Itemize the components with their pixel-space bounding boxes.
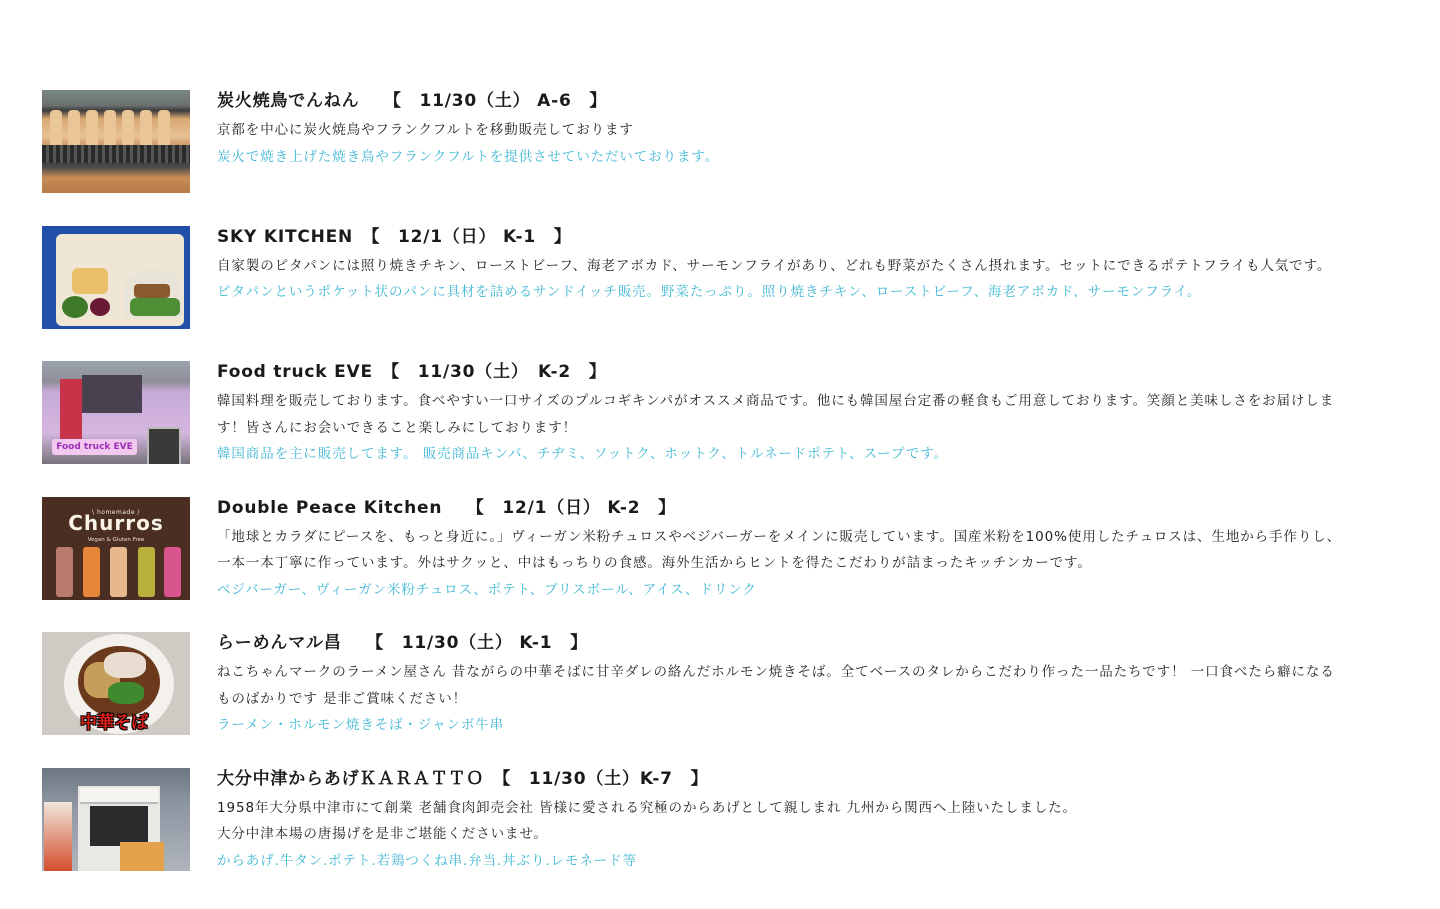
vendor-item: 大分中津からあげＫＡＲＡＴＴＯ 【 11/30（土）K-7 】 1958年大分県… (42, 768, 1382, 904)
meat-shape (134, 284, 170, 298)
image-heading: Churros (42, 511, 190, 535)
vendor-title: らーめんマル昌 【 11/30（土） K-1 】 (217, 632, 1342, 654)
skewer-shape (68, 110, 80, 148)
truck-banner (60, 379, 82, 439)
scallion-shape (108, 682, 144, 704)
image-subtext: Vegan & Gluten Free (42, 537, 190, 543)
vendor-menu: 韓国商品を主に販売してます。 販売商品キンパ、チヂミ、ソットク、ホットク、トルネ… (217, 441, 1342, 468)
shop-door (90, 806, 148, 846)
vendor-title: Food truck EVE 【 11/30（土） K-2 】 (217, 361, 1342, 383)
vegetable-shape (130, 298, 180, 316)
vendor-image: \ homemade / Churros Vegan & Gluten Free (42, 497, 190, 600)
beet-shape (90, 298, 110, 316)
vendor-info: Double Peace Kitchen 【 12/1（日） K-2 】 「地球… (217, 497, 1342, 604)
vendor-title: 大分中津からあげＫＡＲＡＴＴＯ 【 11/30（土）K-7 】 (217, 768, 1342, 790)
vendor-description: ねこちゃんマークのラーメン屋さん 昔ながらの中華そばに甘辛ダレの絡んだホルモン焼… (217, 659, 1342, 712)
image-label: Food truck EVE (52, 439, 137, 455)
vendor-title: SKY KITCHEN 【 12/1（日） K-1 】 (217, 226, 1342, 248)
vendor-description: 韓国料理を販売しております。食べやすい一口サイズのプルコギキンパがオススメ商品で… (217, 388, 1342, 441)
vendor-description-line: 大分中津本場の唐揚げを是非ご堪能くださいませ。 (217, 821, 1342, 848)
broccoli-shape (62, 296, 88, 318)
vendor-info: 大分中津からあげＫＡＲＡＴＴＯ 【 11/30（土）K-7 】 1958年大分県… (217, 768, 1342, 875)
skewer-shape (158, 110, 170, 148)
churro-shape (164, 547, 181, 597)
vendor-image: Food truck EVE (42, 361, 190, 464)
banner-flag (44, 802, 72, 871)
skewer-shape (104, 110, 116, 148)
vendor-item: 炭火焼鳥でんねん 【 11/30（土） A-6 】 京都を中心に炭火焼鳥やフラン… (42, 90, 1382, 226)
shop-sign (80, 788, 158, 804)
vendor-info: Food truck EVE 【 11/30（土） K-2 】 韓国料理を販売し… (217, 361, 1342, 468)
vendor-item: \ homemade / Churros Vegan & Gluten Free… (42, 497, 1382, 633)
truck-window (82, 375, 142, 413)
menu-board (120, 842, 164, 871)
vendor-item: SKY KITCHEN 【 12/1（日） K-1 】 自家製のピタパンには照り… (42, 226, 1382, 362)
vendor-menu: ピタパンというポケット状のパンに具材を詰めるサンドイッチ販売。野菜たっぷり。照り… (217, 279, 1342, 306)
skewer-shape (86, 110, 98, 148)
vendor-image (42, 768, 190, 871)
fries-shape (72, 268, 108, 294)
vendor-description: 自家製のピタパンには照り焼きチキン、ローストビーフ、海老アボカド、サーモンフライ… (217, 253, 1342, 280)
vendor-list: 炭火焼鳥でんねん 【 11/30（土） A-6 】 京都を中心に炭火焼鳥やフラン… (42, 90, 1382, 903)
vendor-info: SKY KITCHEN 【 12/1（日） K-1 】 自家製のピタパンには照り… (217, 226, 1342, 306)
skewer-shape (122, 110, 134, 148)
vendor-menu: 炭火で焼き上げた焼き鳥やフランクフルトを提供させていただいております。 (217, 144, 1342, 171)
pork-shape (104, 652, 146, 678)
grill-grate (42, 145, 190, 163)
churro-shape (56, 547, 73, 597)
vendor-image (42, 226, 190, 329)
sign-board (147, 427, 181, 464)
vendor-menu: ラーメン・ホルモン焼きそば・ジャンボ牛串 (217, 712, 1342, 739)
vendor-image (42, 90, 190, 193)
skewer-shape (140, 110, 152, 148)
vendor-description-line: 1958年大分県中津市にて創業 老舗食肉卸売会社 皆様に愛される究極のからあげと… (217, 795, 1342, 822)
vendor-title: 炭火焼鳥でんねん 【 11/30（土） A-6 】 (217, 90, 1342, 112)
vendor-image: 中華そば (42, 632, 190, 735)
vendor-description: 「地球とカラダにピースを、もっと身近に。」ヴィーガン米粉チュロスやベジバーガーを… (217, 524, 1342, 577)
churro-shape (110, 547, 127, 597)
vendor-description: 京都を中心に炭火焼鳥やフランクフルトを移動販売しております (217, 117, 1342, 144)
image-caption: 中華そば (80, 708, 148, 733)
vendor-menu: ベジバーガー、ヴィーガン米粉チュロス、ポテト、ブリスボール、アイス、ドリンク (217, 577, 1342, 604)
churro-shape (83, 547, 100, 597)
vendor-item: 中華そば らーめんマル昌 【 11/30（土） K-1 】 ねこちゃんマークのラ… (42, 632, 1382, 768)
skewer-shape (50, 110, 62, 148)
vendor-item: Food truck EVE Food truck EVE 【 11/30（土）… (42, 361, 1382, 497)
vendor-menu: からあげ.牛タン.ポテト.若鶏つくね串.弁当.丼ぶり.レモネード等 (217, 848, 1342, 875)
vendor-title: Double Peace Kitchen 【 12/1（日） K-2 】 (217, 497, 1342, 519)
vendor-info: 炭火焼鳥でんねん 【 11/30（土） A-6 】 京都を中心に炭火焼鳥やフラン… (217, 90, 1342, 170)
churro-shape (138, 547, 155, 597)
vendor-info: らーめんマル昌 【 11/30（土） K-1 】 ねこちゃんマークのラーメン屋さ… (217, 632, 1342, 739)
